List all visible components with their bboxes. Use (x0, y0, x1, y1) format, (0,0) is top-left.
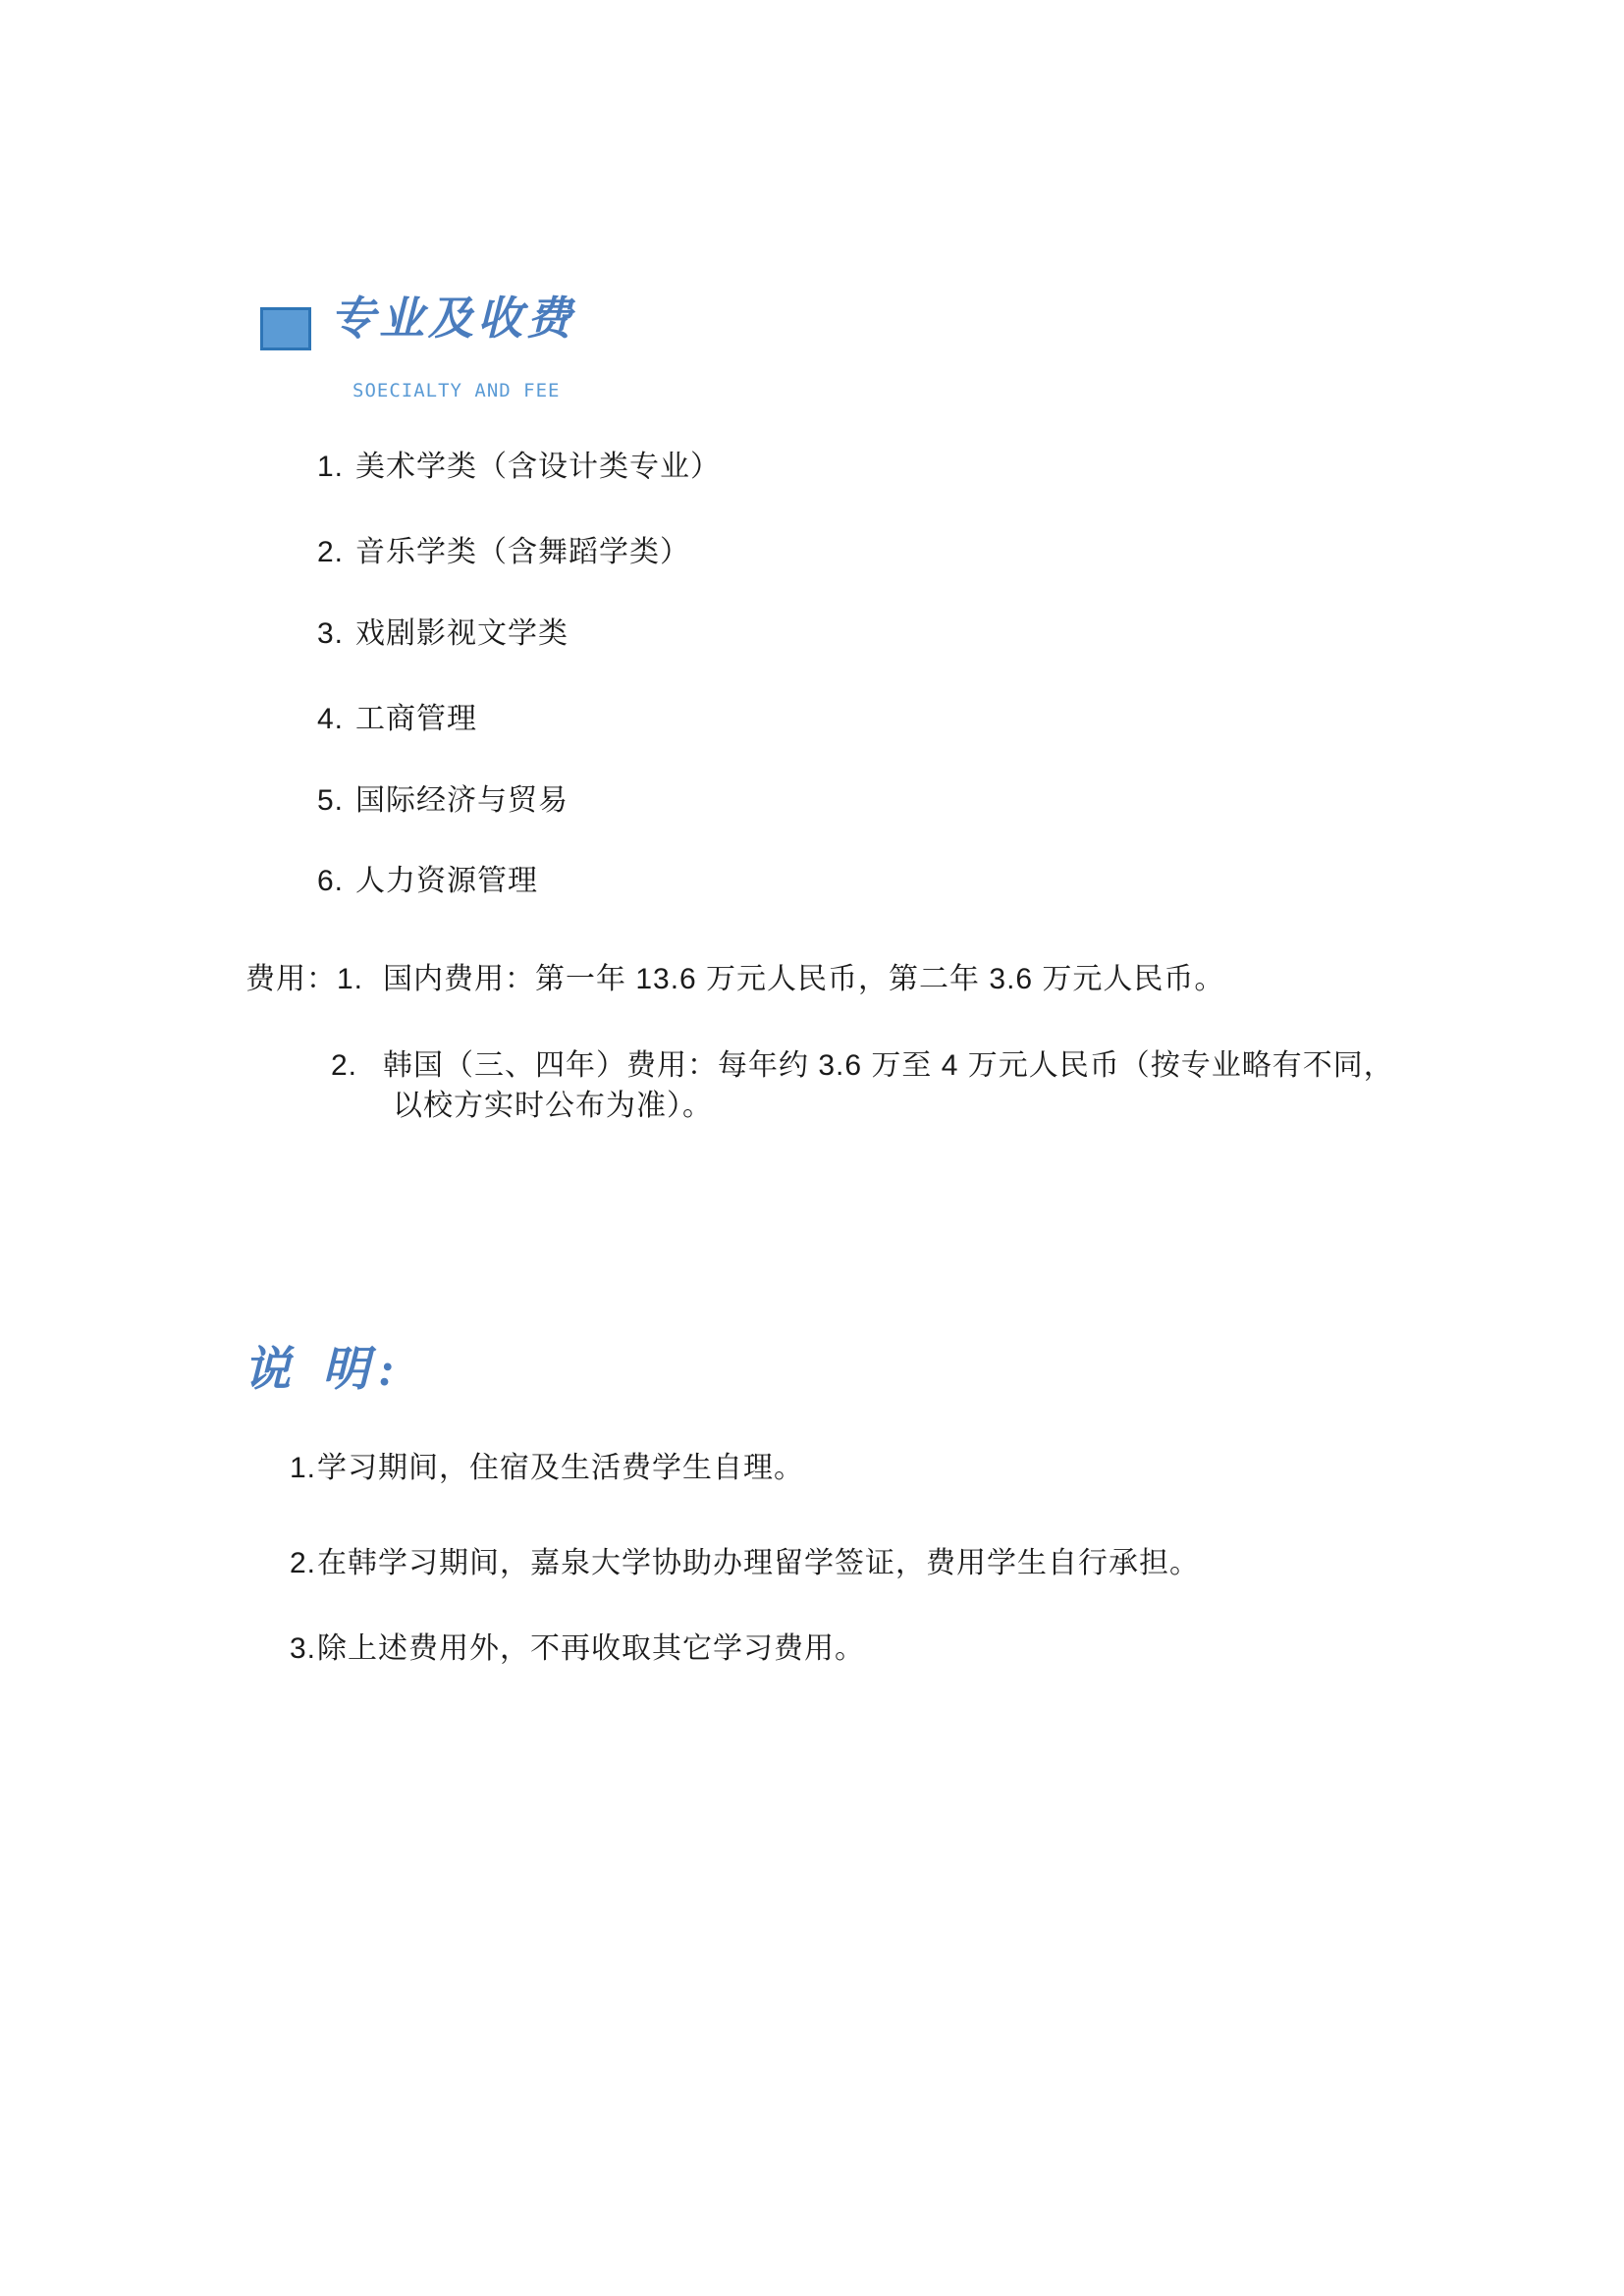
list-number: 1. (337, 963, 383, 996)
list-number: 3. (290, 1632, 317, 1666)
section-marker-icon (260, 307, 311, 350)
fee-text: 国内费用：第一年 13.6 万元人民币，第二年 3.6 万元人民币。 (383, 963, 1224, 996)
fee-item-korea: 2. 韩国（三、四年）费用：每年约 3.6 万至 4 万元人民币（按专业略有不同… (331, 1049, 1394, 1083)
list-number: 1. (317, 451, 355, 484)
note-item: 2. 在韩学习期间，嘉泉大学协助办理留学签证，费用学生自行承担。 (290, 1547, 1200, 1580)
major-list-item: 1. 美术学类（含设计类专业） (317, 451, 721, 484)
major-text: 戏剧影视文学类 (355, 617, 568, 651)
list-number: 2. (290, 1547, 317, 1580)
list-number: 2. (331, 1049, 383, 1083)
major-list-item: 6. 人力资源管理 (317, 865, 538, 898)
fee-label: 费用： (245, 963, 337, 996)
list-number: 4. (317, 703, 355, 736)
major-list-item: 2. 音乐学类（含舞蹈学类） (317, 536, 690, 569)
list-number: 2. (317, 536, 355, 569)
major-list-item: 3. 戏剧影视文学类 (317, 617, 568, 651)
note-text: 除上述费用外，不再收取其它学习费用。 (317, 1632, 865, 1666)
list-number: 6. (317, 865, 355, 898)
document-page: 专业及收费 SOECIALTY AND FEE 1. 美术学类（含设计类专业） … (0, 0, 1624, 2296)
notes-heading: 说 明: (244, 1343, 405, 1398)
major-list-item: 4. 工商管理 (317, 703, 477, 736)
list-number: 3. (317, 617, 355, 651)
note-item: 1. 学习期间，住宿及生活费学生自理。 (290, 1452, 804, 1485)
major-text: 音乐学类（含舞蹈学类） (355, 536, 690, 569)
major-text: 人力资源管理 (355, 865, 538, 898)
fee-text-line1: 韩国（三、四年）费用：每年约 3.6 万至 4 万元人民币（按专业略有不同， (383, 1049, 1394, 1083)
note-text: 学习期间，住宿及生活费学生自理。 (317, 1452, 804, 1485)
section-subtitle: SOECIALTY AND FEE (352, 379, 560, 402)
note-item: 3. 除上述费用外，不再收取其它学习费用。 (290, 1632, 865, 1666)
fee-item-korea-continuation: 以校方实时公布为准）。 (393, 1090, 713, 1123)
major-list-item: 5. 国际经济与贸易 (317, 784, 568, 818)
major-text: 工商管理 (355, 703, 477, 736)
major-text: 美术学类（含设计类专业） (355, 451, 721, 484)
major-text: 国际经济与贸易 (355, 784, 568, 818)
fee-item-domestic: 费用： 1. 国内费用：第一年 13.6 万元人民币，第二年 3.6 万元人民币… (245, 963, 1224, 996)
section-title: 专业及收费 (330, 292, 575, 347)
note-text: 在韩学习期间，嘉泉大学协助办理留学签证，费用学生自行承担。 (317, 1547, 1200, 1580)
list-number: 1. (290, 1452, 317, 1485)
list-number: 5. (317, 784, 355, 818)
